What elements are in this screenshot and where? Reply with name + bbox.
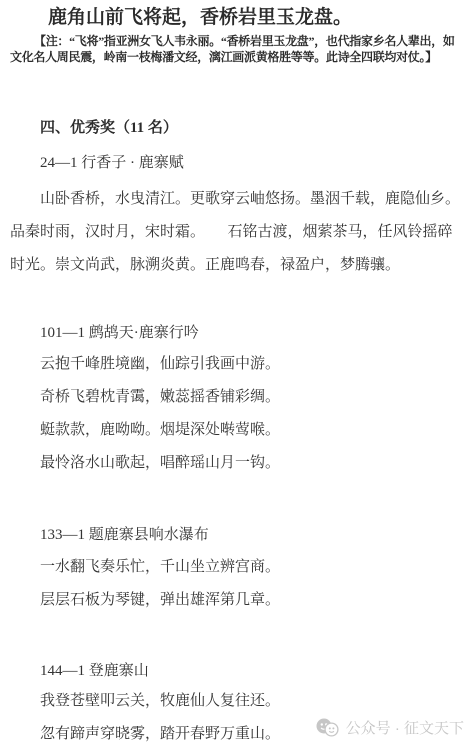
watermark-text: 公众号 · 征文天下 [346, 717, 464, 738]
poem-block: 一水翻飞奏乐忙，千山坐立辨宫商。 层层石板为琴键，弹出雄浑第几章。 [10, 551, 466, 617]
note-line: 文化名人周民震，岭南一枝梅潘文经，漓江画派黄格胜等等。此诗全四联均对仗。】 [10, 49, 466, 65]
poem-line: 一水翻飞奏乐忙，千山坐立辨宫商。 [10, 551, 466, 584]
poem-title: 24—1 行香子 · 鹿寨赋 [10, 152, 466, 174]
poem-line: 品秦时雨，汉时月，宋时霜。 石铭古渡，烟萦茶马，任风铃摇碎 [10, 216, 466, 249]
poem-line: 云抱千峰胜境幽，仙踪引我画中游。 [10, 348, 466, 381]
note-paragraph: 【注：“飞将”指亚洲女飞人韦永丽。“香桥岩里玉龙盘”，也代指家乡名人辈出，如 文… [10, 33, 466, 65]
poem-block: 山卧香桥，水曳清江。更歌穿云岫悠扬。墨洇千载，鹿隐仙乡。 品秦时雨，汉时月，宋时… [10, 183, 466, 282]
poem-title: 133—1 题鹿寨县响水瀑布 [10, 524, 466, 546]
poem-line: 山卧香桥，水曳清江。更歌穿云岫悠扬。墨洇千载，鹿隐仙乡。 [10, 183, 466, 216]
watermark: 公众号 · 征文天下 [315, 717, 464, 738]
poem-title: 101—1 鹧鸪天·鹿寨行吟 [10, 322, 466, 344]
poem-line: 奇桥飞碧枕青霭，嫩蕊摇香铺彩绸。 [10, 381, 466, 414]
poem-line: 时光。崇文尚武，脉溯炎黄。正鹿鸣春，禄盈户，梦腾骧。 [10, 249, 466, 282]
couplet-line: 鹿角山前飞将起，香桥岩里玉龙盘。 [10, 5, 466, 31]
poem-line: 最怜洛水山歌起，唱醉瑶山月一钩。 [10, 447, 466, 480]
wechat-official-account-icon [315, 718, 339, 737]
poem-line: 层层石板为琴键，弹出雄浑第几章。 [10, 584, 466, 617]
poem-line: 我登苍壁叩云关，牧鹿仙人复往还。 [10, 685, 466, 718]
note-line: 【注：“飞将”指亚洲女飞人韦永丽。“香桥岩里玉龙盘”，也代指家乡名人辈出，如 [10, 33, 466, 49]
poem-block: 云抱千峰胜境幽，仙踪引我画中游。 奇桥飞碧枕青霭，嫩蕊摇香铺彩绸。 蜓款款，鹿呦… [10, 348, 466, 480]
poem-line: 蜓款款，鹿呦呦。烟堤深处啭莺喉。 [10, 414, 466, 447]
poem-title: 144—1 登鹿寨山 [10, 660, 466, 682]
section-heading: 四、优秀奖（11 名） [10, 117, 466, 139]
document-page: 鹿角山前飞将起，香桥岩里玉龙盘。 【注：“飞将”指亚洲女飞人韦永丽。“香桥岩里玉… [0, 5, 472, 748]
